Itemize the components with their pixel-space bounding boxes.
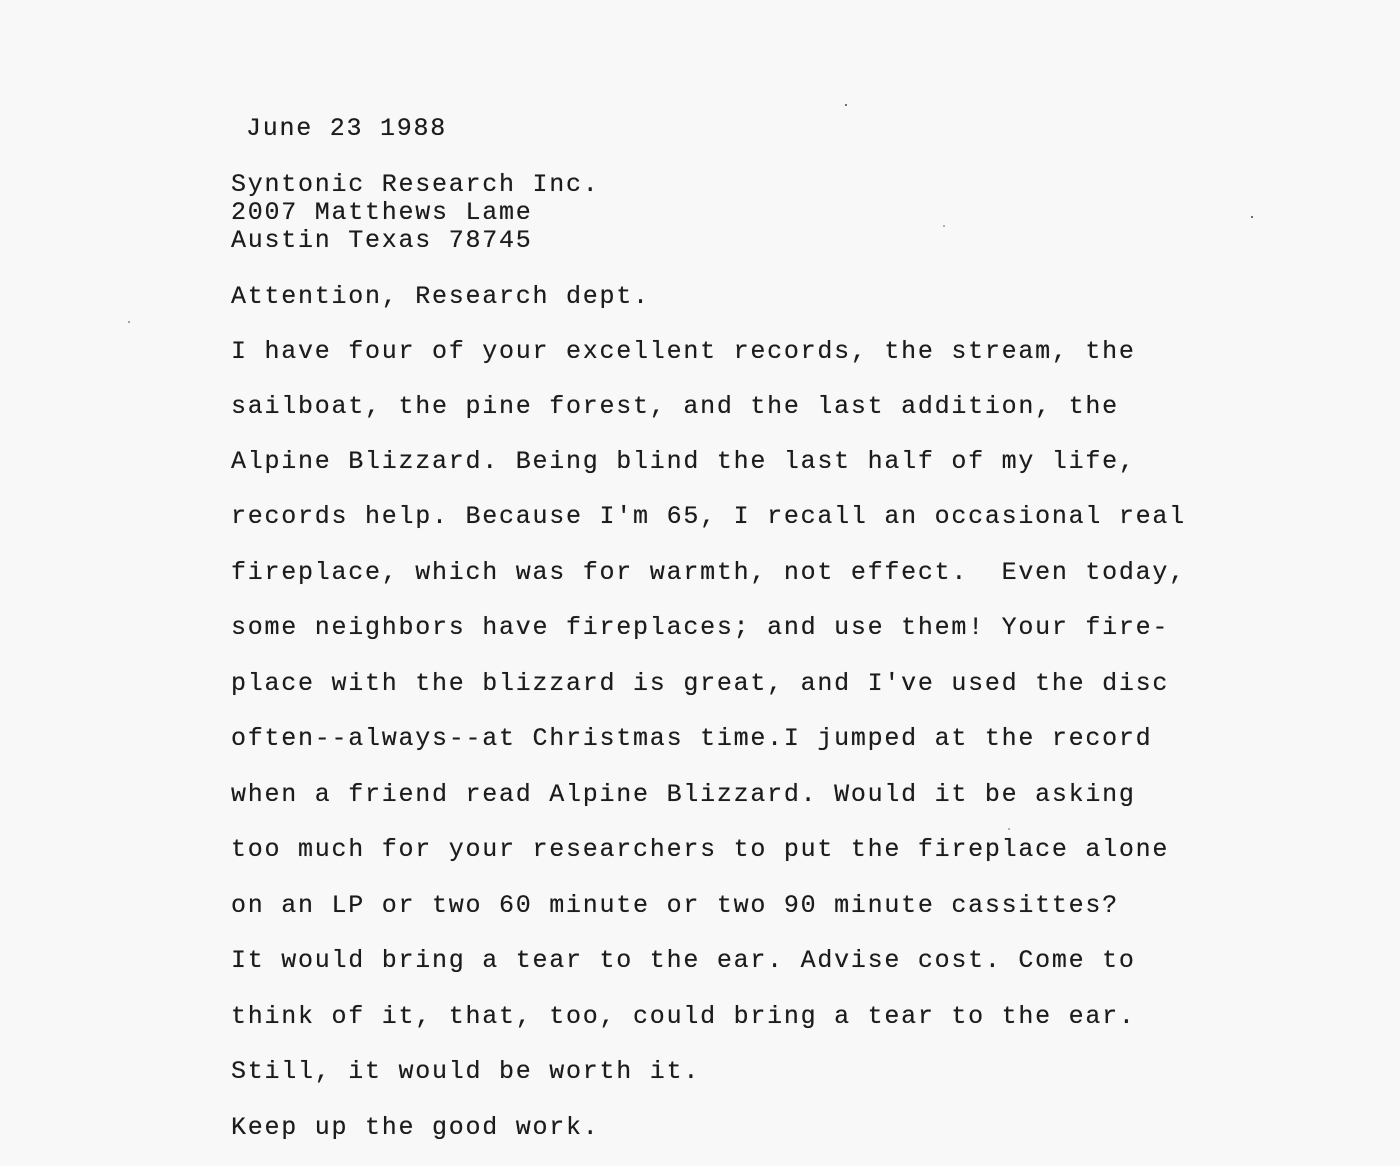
- scan-speck: [943, 225, 945, 227]
- body-line: think of it, that, too, could bring a te…: [231, 1002, 1136, 1032]
- body-line: some neighbors have fireplaces; and use …: [231, 613, 1169, 643]
- recipient-city: Austin Texas 78745: [231, 226, 533, 256]
- body-line: on an LP or two 60 minute or two 90 minu…: [231, 891, 1119, 921]
- scan-speck: [1008, 828, 1010, 830]
- body-line: sailboat, the pine forest, and the last …: [231, 392, 1119, 422]
- body-line: too much for your researchers to put the…: [231, 835, 1169, 865]
- body-line: place with the blizzard is great, and I'…: [231, 669, 1169, 699]
- scan-speck: [845, 104, 847, 106]
- body-line: I have four of your excellent records, t…: [231, 337, 1136, 367]
- recipient-street: 2007 Matthews Lame: [231, 198, 533, 228]
- body-line: Still, it would be worth it.: [231, 1057, 700, 1087]
- attention-line: Attention, Research dept.: [231, 282, 650, 312]
- scan-speck: [1251, 216, 1253, 218]
- recipient-name: Syntonic Research Inc.: [231, 170, 600, 200]
- scan-speck: [128, 321, 130, 323]
- body-line: often--always--at Christmas time.I jumpe…: [231, 724, 1152, 754]
- body-line: It would bring a tear to the ear. Advise…: [231, 946, 1136, 976]
- letter-date: June 23 1988: [246, 114, 447, 144]
- body-line: when a friend read Alpine Blizzard. Woul…: [231, 780, 1136, 810]
- closing-line: Keep up the good work.: [231, 1113, 600, 1143]
- body-line: fireplace, which was for warmth, not eff…: [231, 558, 1186, 588]
- body-line: records help. Because I'm 65, I recall a…: [231, 502, 1186, 532]
- body-line: Alpine Blizzard. Being blind the last ha…: [231, 447, 1136, 477]
